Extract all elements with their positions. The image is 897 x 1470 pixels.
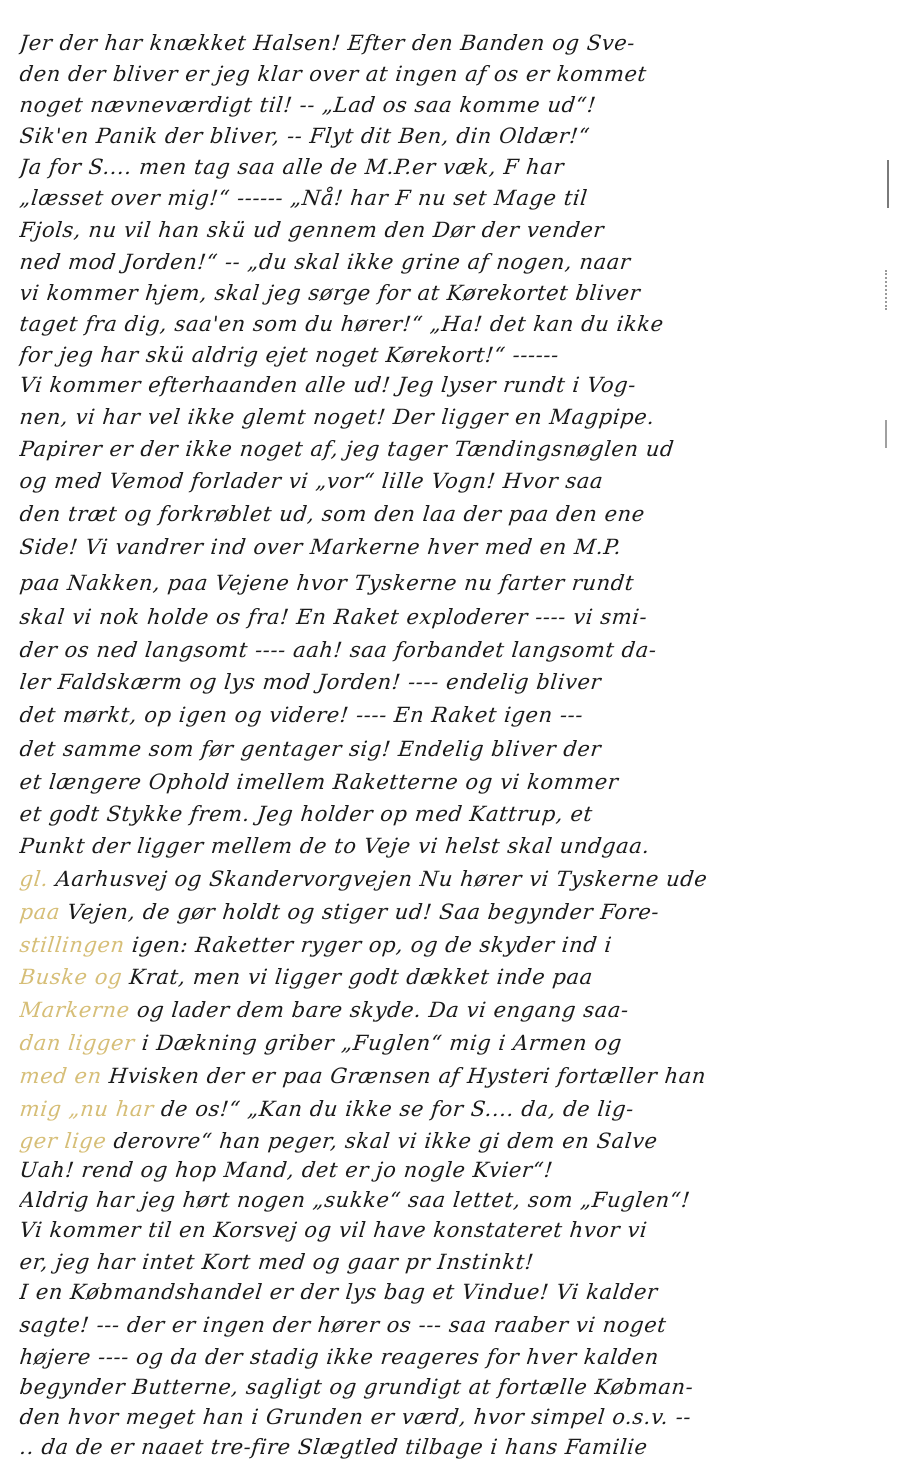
manuscript-line: paa Vejen, de gør holdt og stiger ud! Sa… [18, 895, 884, 929]
line-text: et godt Stykke frem. Jeg holder op med K… [19, 802, 594, 826]
manuscript-line: det mørkt, op igen og videre! ---- En Ra… [18, 698, 884, 732]
right-margin-dots [885, 270, 889, 310]
line-text: I en Købmandshandel er der lys bag et Vi… [19, 1280, 660, 1304]
line-text: paa Nakken, paa Vejene hvor Tyskerne nu … [19, 571, 636, 595]
manuscript-line: nen, vi har vel ikke glemt noget! Der li… [18, 400, 884, 434]
line-text: igen: Raketter ryger op, og de skyder in… [131, 933, 613, 957]
line-text: nen, vi har vel ikke glemt noget! Der li… [19, 405, 656, 429]
line-text: Vi kommer til en Korsvej og vil have kon… [19, 1218, 649, 1242]
line-text: Punkt der ligger mellem de to Veje vi he… [19, 834, 651, 858]
line-text: Krat, men vi ligger godt dækket inde paa [128, 965, 594, 989]
line-text: Papirer er der ikke noget af, jeg tager … [19, 437, 676, 461]
faded-text: stillingen [19, 933, 134, 957]
line-text: er, jeg har intet Kort med og gaar pr In… [19, 1250, 536, 1274]
line-text: ler Faldskærm og lys mod Jorden! ---- en… [19, 670, 603, 694]
manuscript-line: den der bliver er jeg klar over at ingen… [18, 57, 884, 91]
manuscript-line: sagte! --- der er ingen der hører os ---… [18, 1308, 884, 1342]
manuscript-line: med en Hvisken der er paa Grænsen af Hys… [18, 1059, 884, 1093]
line-text: skal vi nok holde os fra! En Raket explo… [19, 605, 649, 629]
manuscript-line: der os ned langsomt ---- aah! saa forban… [18, 633, 884, 667]
manuscript-line: Side! Vi vandrer ind over Markerne hver … [18, 530, 884, 564]
line-text: Aarhusvej og Skandervorgvejen Nu hører v… [54, 867, 708, 891]
manuscript-line: Vi kommer efterhaanden alle ud! Jeg lyse… [18, 368, 884, 402]
manuscript-line: noget nævneværdigt til! -- „Lad os saa k… [18, 88, 884, 122]
manuscript-line: Papirer er der ikke noget af, jeg tager … [18, 432, 884, 466]
manuscript-line: ned mod Jorden!“ -- „du skal ikke grine … [18, 245, 884, 279]
line-text: der os ned langsomt ---- aah! saa forban… [19, 638, 658, 662]
faded-text: paa [19, 900, 69, 924]
faded-text: gl. [19, 867, 57, 891]
manuscript-line: for jeg har skü aldrig ejet noget Køreko… [18, 338, 884, 372]
line-text: Hvisken der er paa Grænsen af Hysteri fo… [108, 1064, 708, 1088]
manuscript-line: I en Købmandshandel er der lys bag et Vi… [18, 1275, 884, 1309]
manuscript-line: højere ---- og da der stadig ikke reager… [18, 1340, 884, 1374]
manuscript-line: ler Faldskærm og lys mod Jorden! ---- en… [18, 665, 884, 699]
manuscript-line: den hvor meget han i Grunden er værd, hv… [18, 1400, 884, 1434]
line-text: i Dækning griber „Fuglen“ mig i Armen og [141, 1031, 623, 1055]
line-text: Vi kommer efterhaanden alle ud! Jeg lyse… [19, 373, 638, 397]
line-text: for jeg har skü aldrig ejet noget Køreko… [19, 343, 561, 367]
line-text: Fjols, nu vil han skü ud gennem den Dør … [19, 218, 606, 242]
manuscript-line: Jer der har knækket Halsen! Efter den Ba… [18, 26, 884, 60]
manuscript-line: Uah! rend og hop Mand, det er jo nogle K… [18, 1153, 884, 1187]
manuscript-line: Fjols, nu vil han skü ud gennem den Dør … [18, 213, 884, 247]
line-text: „læsset over mig!“ ------ „Nå! har F nu … [19, 186, 589, 210]
manuscript-line: Markerne og lader dem bare skyde. Da vi … [18, 993, 884, 1027]
manuscript-line: den træt og forkrøblet ud, som den laa d… [18, 497, 884, 531]
faded-text: med en [19, 1064, 111, 1088]
manuscript-line: gl. Aarhusvej og Skandervorgvejen Nu hør… [18, 862, 884, 896]
line-text: derovre“ han peger, skal vi ikke gi dem … [112, 1129, 658, 1153]
manuscript-line: det samme som før gentager sig! Endelig … [18, 732, 884, 766]
line-text: sagte! --- der er ingen der hører os ---… [19, 1313, 668, 1337]
line-text: den træt og forkrøblet ud, som den laa d… [19, 502, 647, 526]
manuscript-line: skal vi nok holde os fra! En Raket explo… [18, 600, 884, 634]
manuscript-line: stillingen igen: Raketter ryger op, og d… [18, 928, 884, 962]
manuscript-line: dan ligger i Dækning griber „Fuglen“ mig… [18, 1026, 884, 1060]
line-text: vi kommer hjem, skal jeg sørge for at Kø… [19, 281, 642, 305]
manuscript-line: .. da de er naaet tre-fire Slægtled tilb… [18, 1430, 884, 1464]
line-text: .. da de er naaet tre-fire Slægtled tilb… [19, 1435, 649, 1459]
faded-text: Markerne [19, 998, 139, 1022]
line-text: begynder Butterne, sagligt og grundigt a… [19, 1375, 695, 1399]
manuscript-line: et godt Stykke frem. Jeg holder op med K… [18, 797, 884, 831]
manuscript-line: og med Vemod forlader vi „vor“ lille Vog… [18, 464, 884, 498]
line-text: den der bliver er jeg klar over at ingen… [19, 62, 648, 86]
line-text: Side! Vi vandrer ind over Markerne hver … [19, 535, 623, 559]
line-text: og lader dem bare skyde. Da vi engang sa… [136, 998, 630, 1022]
manuscript-line: paa Nakken, paa Vejene hvor Tyskerne nu … [18, 566, 884, 600]
manuscript-line: Ja for S.... men tag saa alle de M.P.er … [18, 150, 884, 184]
line-text: taget fra dig, saa'en som du hører!“ „Ha… [19, 312, 666, 336]
line-text: Ja for S.... men tag saa alle de M.P.er … [19, 155, 566, 179]
manuscript-line: vi kommer hjem, skal jeg sørge for at Kø… [18, 276, 884, 310]
manuscript-line: „læsset over mig!“ ------ „Nå! har F nu … [18, 181, 884, 215]
line-text: Sik'en Panik der bliver, -- Flyt dit Ben… [19, 124, 592, 148]
line-text: det samme som før gentager sig! Endelig … [19, 737, 603, 761]
line-text: ned mod Jorden!“ -- „du skal ikke grine … [19, 250, 632, 274]
line-text: Jer der har knækket Halsen! Efter den Ba… [19, 31, 637, 55]
faded-text: mig „nu har [19, 1097, 163, 1121]
line-text: Vejen, de gør holdt og stiger ud! Saa be… [66, 900, 660, 924]
manuscript-line: er, jeg har intet Kort med og gaar pr In… [18, 1245, 884, 1279]
faded-text: dan ligger [19, 1031, 144, 1055]
manuscript-line: Vi kommer til en Korsvej og vil have kon… [18, 1213, 884, 1247]
line-text: Uah! rend og hop Mand, det er jo nogle K… [19, 1158, 555, 1182]
manuscript-page: Jer der har knækket Halsen! Efter den Ba… [0, 0, 897, 1470]
line-text: de os!“ „Kan du ikke se for S.... da, de… [160, 1097, 635, 1121]
line-text: det mørkt, op igen og videre! ---- En Ra… [19, 703, 585, 727]
manuscript-line: taget fra dig, saa'en som du hører!“ „Ha… [18, 307, 884, 341]
line-text: Aldrig har jeg hørt nogen „sukke“ saa le… [19, 1188, 692, 1212]
line-text: noget nævneværdigt til! -- „Lad os saa k… [19, 93, 598, 117]
manuscript-line: Aldrig har jeg hørt nogen „sukke“ saa le… [18, 1183, 884, 1217]
line-text: den hvor meget han i Grunden er værd, hv… [19, 1405, 693, 1429]
right-margin-mark [887, 160, 889, 208]
line-text: højere ---- og da der stadig ikke reager… [19, 1345, 661, 1369]
manuscript-line: Punkt der ligger mellem de to Veje vi he… [18, 829, 884, 863]
manuscript-line: Buske og Krat, men vi ligger godt dækket… [18, 960, 884, 994]
faded-text: Buske og [19, 965, 131, 989]
manuscript-line: begynder Butterne, sagligt og grundigt a… [18, 1370, 884, 1404]
line-text: og med Vemod forlader vi „vor“ lille Vog… [19, 469, 605, 493]
manuscript-line: et længere Ophold imellem Raketterne og … [18, 765, 884, 799]
line-text: et længere Ophold imellem Raketterne og … [19, 770, 620, 794]
right-margin-mark-2 [885, 420, 887, 448]
manuscript-line: Sik'en Panik der bliver, -- Flyt dit Ben… [18, 119, 884, 153]
manuscript-line: mig „nu har de os!“ „Kan du ikke se for … [18, 1092, 884, 1126]
faded-text: ger lige [19, 1129, 115, 1153]
